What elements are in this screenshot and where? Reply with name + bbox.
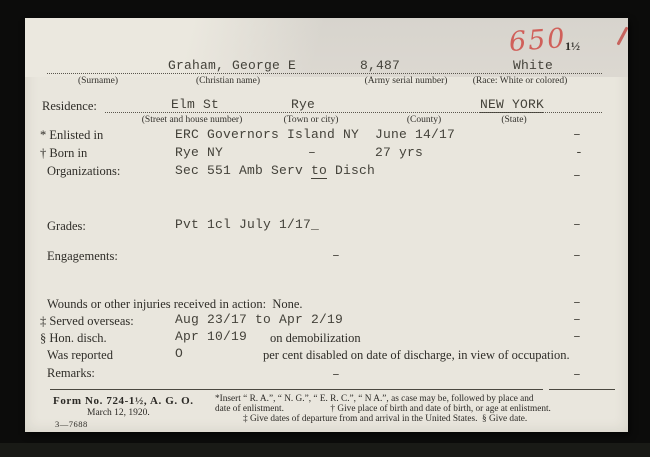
organizations-blank-dash: – (573, 168, 581, 183)
disability-percent-value: O (175, 346, 183, 361)
print-code: 3—7688 (55, 419, 88, 429)
scanner-bottom-strip (0, 443, 650, 457)
born-blank-dash: - (575, 145, 583, 160)
enlisted-label: * Enlisted in (40, 128, 103, 143)
born-value: Rye NY (175, 145, 223, 160)
discharge-date-value: Apr 10/19 (175, 329, 247, 344)
wounds-label-text: Wounds or other injuries received in act… (47, 297, 266, 311)
form-date: March 12, 1920. (87, 408, 150, 418)
discharge-note: on demobilization (270, 331, 361, 346)
discharge-label: § Hon. disch. (40, 331, 107, 346)
residence-label: Residence: (42, 99, 97, 114)
remarks-label: Remarks: (47, 366, 95, 381)
form-number: Form No. 724-1½, A. G. O. (53, 395, 194, 407)
remarks-mid-dash: – (332, 367, 340, 382)
record-card: 650 1½ Graham, George E 8,487 White (Sur… (25, 18, 628, 432)
card-size-label: 1½ (565, 39, 580, 54)
grades-value: Pvt 1cl July 1/17_ (175, 217, 319, 232)
enlisted-value: ERC Governors Island NY (175, 127, 359, 142)
surname-label: (Surname) (78, 76, 118, 86)
footnote-line1: *Insert “ R. A.”, “ N. G.”, “ E. R. C.”,… (215, 395, 534, 404)
residence-rule-line (105, 112, 602, 113)
overseas-value: Aug 23/17 to Apr 2/19 (175, 312, 343, 327)
organizations-value-to: to (311, 163, 327, 179)
engagements-label: Engagements: (47, 249, 118, 264)
serial-number-value: 8,487 (360, 58, 400, 73)
organizations-value-pre: Sec 551 Amb Serv (175, 163, 311, 178)
remarks-blank-dash: – (573, 367, 581, 382)
wounds-value: None. (272, 297, 302, 311)
organizations-label: Organizations: (47, 164, 120, 179)
disability-label: Was reported (47, 348, 113, 363)
born-mid-dash: – (308, 145, 316, 160)
street-label: (Street and house number) (142, 115, 243, 125)
wounds-label: Wounds or other injuries received in act… (47, 297, 303, 312)
grades-blank-dash: – (573, 217, 581, 232)
wounds-blank-dash: – (573, 295, 581, 310)
footer-rule-left (50, 389, 543, 390)
christian-name-label: (Christian name) (196, 76, 260, 86)
footnote-line3: ‡ Give dates of departure from and arriv… (243, 415, 527, 424)
footnote-line2: date of enlistment. † Give place of birt… (215, 405, 551, 414)
engagements-blank-dash: – (573, 248, 581, 263)
disability-note: per cent disabled on date of discharge, … (263, 348, 570, 363)
race-label: (Race: White or colored) (473, 76, 568, 86)
name-rule-line (47, 73, 602, 74)
town-value: Rye (291, 97, 315, 112)
organizations-value: Sec 551 Amb Serv to Disch (175, 163, 375, 178)
street-value: Elm St (171, 97, 219, 112)
footer-rule-right (549, 389, 615, 390)
discharge-blank-dash: – (573, 329, 581, 344)
serial-number-label: (Army serial number) (365, 76, 448, 86)
overseas-label: ‡ Served overseas: (40, 314, 134, 329)
state-label: (State) (501, 115, 526, 125)
scanned-record-page: { "annotations": { "red_number": "650", … (0, 0, 650, 457)
county-label: (County) (407, 115, 441, 125)
enlisted-date-value: June 14/17 (375, 127, 455, 142)
grades-label: Grades: (47, 219, 86, 234)
race-value: White (513, 58, 553, 73)
state-value: NEW YORK (480, 97, 544, 113)
overseas-blank-dash: – (573, 312, 581, 327)
organizations-value-post: Disch (327, 163, 375, 178)
enlisted-blank-dash: – (573, 127, 581, 142)
born-label: † Born in (40, 146, 87, 161)
surname-value: Graham, George E (168, 58, 296, 73)
engagements-mid-dash: – (332, 248, 340, 263)
age-value: 27 yrs (375, 145, 423, 160)
handwritten-red-number: 650 (508, 23, 568, 58)
town-label: (Town or city) (284, 115, 339, 125)
